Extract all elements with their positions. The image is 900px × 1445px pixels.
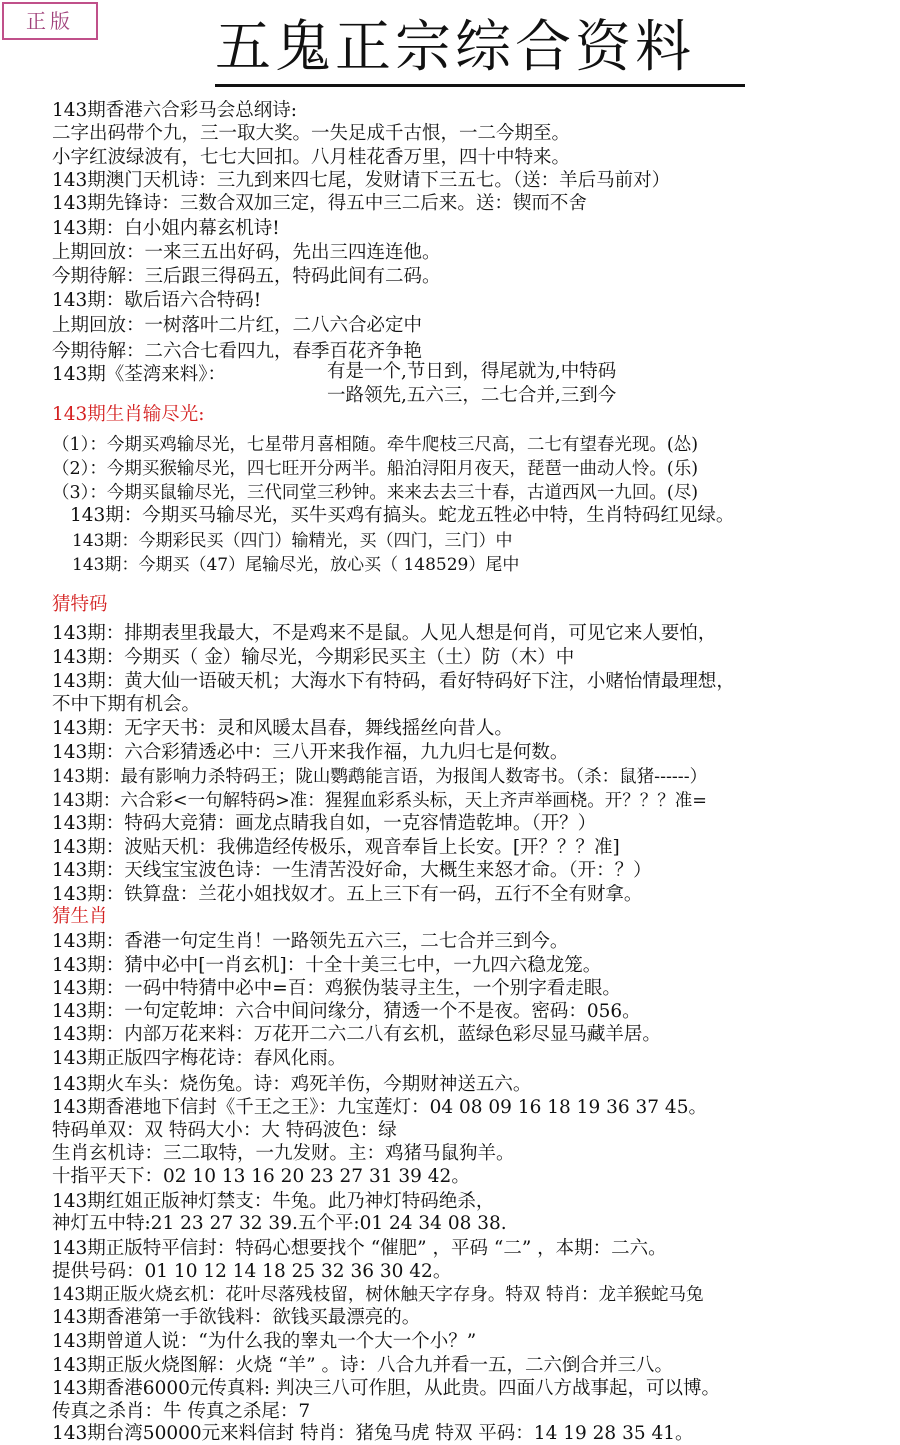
text-line: 143期曾道人说：“为什么我的睾丸一个大一个小？”: [52, 1331, 476, 1353]
text-line: 143期香港6000元传真料: 判决三八可作胆，从此贵。四面八方战事起，可以博。: [52, 1378, 720, 1400]
text-line: 143期正版火烧图解：火烧 “羊” 。诗：八合九并看一五，二六倒合并三八。: [52, 1355, 673, 1377]
text-line: 143期红姐正版神灯禁支：牛兔。此乃神灯特码绝杀，: [52, 1191, 494, 1213]
text-line: 生肖玄机诗：三二取特，一九发财。主：鸡猪马鼠狗羊。: [52, 1143, 515, 1165]
section-heading-guess-code: 猜特码: [52, 594, 108, 616]
title-underline: [215, 84, 745, 87]
text-line: 143期：黄大仙一语破天机；大海水下有特码，看好特码好下注，小赌怡情最理想，: [52, 671, 735, 693]
text-line: （2）：今期买猴输尽光，四七旺开分两半。船泊浔阳月夜天，琵琶一曲动人怜。(乐): [52, 458, 698, 480]
text-line: 143期先锋诗：三数合双加三定，得五中三二后来。送：锲而不舍: [52, 193, 587, 215]
text-line: 小字红波绿波有，七七大回扣。八月桂花香万里，四十中特来。: [52, 147, 570, 169]
text-line: 143期：歇后语六合特码!: [52, 290, 261, 312]
section-heading-zodiac-lose: 143期生肖输尽光:: [52, 404, 205, 426]
page-title: 五鬼正宗综合资料: [215, 14, 755, 82]
text-line: 传真之杀肖：牛 传真之杀尾：7: [52, 1401, 310, 1423]
text-line: 143期香港六合彩马会总纲诗:: [52, 100, 297, 122]
quanwan-label: 143期《荃湾来料》：: [52, 364, 226, 386]
text-line: 143期台湾50000元来料信封 特肖：猪兔马虎 特双 平码：14 19 28 …: [52, 1423, 694, 1445]
text-line: 143期：特码大竞猜：画龙点睛我自如，一克容情造乾坤。（开？）: [52, 813, 596, 835]
text-line: 143期：猜中必中[一肖玄机]：十全十美三七中，一九四六稳龙笼。: [52, 955, 601, 977]
text-line: 143期香港地下信封《千王之王》：九宝莲灯：04 08 09 16 18 19 …: [52, 1097, 707, 1119]
text-line: 今期待解：三后跟三得码五，特码此间有二码。: [52, 266, 441, 288]
text-line: 143期：香港一句定生肖！一路领先五六三，二七合并三到今。: [52, 931, 568, 953]
text-line: 二字出码带个九，三一取大奖。一失足成千古恨，一二今期至。: [52, 123, 570, 145]
text-line: 143期：天线宝宝波色诗：一生清苦没好命，大概生来怒才命。（开：？）: [52, 860, 652, 882]
section-heading-guess-zodiac: 猜生肖: [52, 906, 108, 928]
text-line: 神灯五中特:21 23 27 32 39.五个平:01 24 34 08 38.: [52, 1213, 507, 1235]
text-line: 143期：波贴天机：我佛造经传极乐，观音奉旨上长安。[开？？？准]: [52, 837, 620, 859]
text-line: 143期：排期表里我最大，不是鸡来不是鼠。人见人想是何肖，可见它来人要怕，: [52, 623, 716, 645]
text-line: 143期：今期买（47）尾输尽光，放心买（ 148529）尾中: [72, 554, 519, 576]
text-line: 143期正版四字梅花诗：春风化雨。: [52, 1048, 346, 1070]
text-line: 143期火车头：烧伤兔。诗：鸡死羊伤，今期财神送五六。: [52, 1074, 531, 1096]
text-line: 143期正版火烧玄机：花叶尽落残枝留，树休触天字存身。特双 特肖：龙羊猴蛇马兔: [52, 1284, 703, 1306]
text-line: 143期：今期买马输尽光，买牛买鸡有搞头。蛇龙五牲必中特，生肖特码红见绿。: [70, 505, 734, 527]
text-line: 143期：最有影响力杀特码王；陇山鹦鹉能言语，为报闺人数寄书。（杀：鼠猪----…: [52, 766, 707, 788]
text-line: （1）：今期买鸡输尽光，七星带月喜相随。牵牛爬枝三尺高，二七有望春光现。(怂): [52, 434, 698, 456]
text-line: 143期：一句定乾坤：六合中间问缘分，猜透一个不是夜。密码：056。: [52, 1001, 641, 1023]
quanwan-verse: 一路领先,五六三，二七合并,三到今: [327, 385, 616, 407]
text-line: 143期：今期买（ 金）输尽光，今期彩民买主（土）防（木）中: [52, 647, 574, 669]
text-line: 143期：一码中特猜中必中=百：鸡猴伪装寻主生，一个别字看走眼。: [52, 978, 621, 1000]
text-line: 143期：今期彩民买（四门）输精光，买（四门，三门）中: [72, 530, 512, 552]
text-line: 143期香港第一手欲钱料：欲钱买最漂亮的。: [52, 1307, 420, 1329]
text-line: 143期：六合彩猜透必中：三八开来我作福，九九归七是何数。: [52, 742, 568, 764]
text-line: 十指平天下：02 10 13 16 20 23 27 31 39 42。: [52, 1166, 470, 1188]
text-line: 143期：内部万花来料：万花开二六二八有玄机，蓝绿色彩尽显马藏羊居。: [52, 1024, 661, 1046]
text-line: 143期正版特平信封：特码心想要找个 “催肥” ，平码 “二” ，本期：二六。: [52, 1238, 667, 1260]
quanwan-verse: 有是一个,节日到，得尾就为,中特码: [327, 361, 616, 383]
text-line: 143期：白小姐内幕玄机诗!: [52, 218, 280, 240]
text-line: 今期待解：二六合七看四九，春季百花齐争艳: [52, 341, 422, 363]
text-line: 上期回放：一来三五出好码，先出三四连连他。: [52, 242, 441, 264]
text-line: 上期回放：一树落叶二片红，二八六合必定中: [52, 315, 422, 337]
text-line: 143期：铁算盘：兰花小姐找奴才。五上三下有一码，五行不全有财拿。: [52, 884, 642, 906]
text-line: 不中下期有机会。: [52, 694, 200, 716]
text-line: 特码单双：双 特码大小：大 特码波色：绿: [52, 1120, 397, 1142]
text-line: 143期澳门天机诗：三九到来四七尾，发财请下三五七。（送：羊后马前对）: [52, 170, 670, 192]
text-line: （3）：今期买鼠输尽光，三代同堂三秒钟。来来去去三十春，古道西风一九回。(尽): [52, 482, 698, 504]
text-line: 143期：六合彩<一句解特码>准：猩猩血彩系头标，天上齐声举画桡。开？？？准=: [52, 790, 707, 812]
text-line: 提供号码：01 10 12 14 18 25 32 36 30 42。: [52, 1261, 451, 1283]
genuine-badge: 正版: [2, 2, 98, 40]
text-line: 143期：无字天书：灵和风暖太昌春，舞线摇丝向昔人。: [52, 718, 513, 740]
